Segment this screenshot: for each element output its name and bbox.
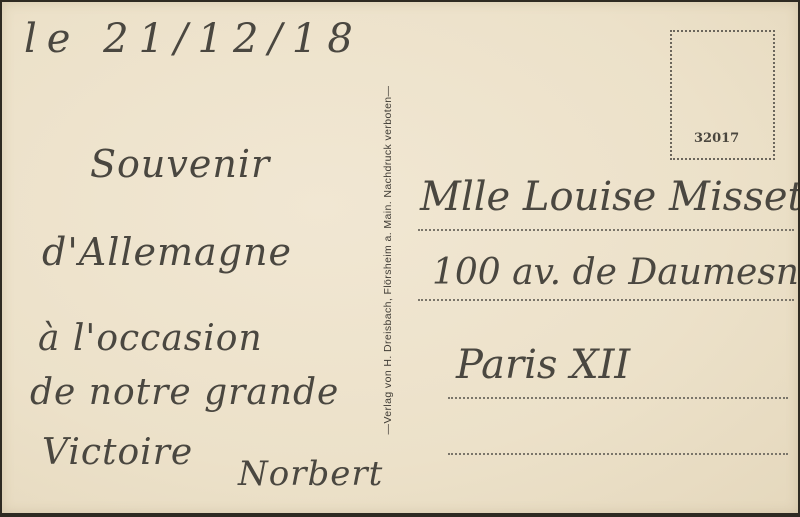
address-rule-2 — [418, 299, 794, 301]
signature: Norbert — [238, 454, 383, 494]
message-line-2: d'Allemagne — [42, 230, 292, 274]
address-rule-3 — [448, 397, 788, 399]
handwritten-date: le 21/12/18 — [24, 16, 363, 62]
address-rule-4 — [448, 453, 788, 455]
publisher-imprint: —Verlag von H. Dreisbach, Flörsheim a. M… — [382, 86, 394, 435]
address-line-1: Mlle Louise Misset — [420, 174, 798, 220]
address-rule-1 — [418, 229, 794, 231]
message-line-1: Souvenir — [90, 142, 270, 186]
stamp-box: 32017 — [670, 30, 775, 160]
address-line-3: Paris XII — [456, 342, 630, 388]
address-line-2: 100 av. de Daumesnil — [432, 252, 798, 293]
postcard-back: le 21/12/18 Souvenir d'Allemagne à l'occ… — [2, 2, 798, 513]
message-line-5: Victoire — [42, 432, 193, 473]
message-line-3: à l'occasion — [38, 318, 263, 359]
message-line-4: de notre grande — [30, 372, 339, 413]
card-number: 32017 — [694, 131, 739, 146]
